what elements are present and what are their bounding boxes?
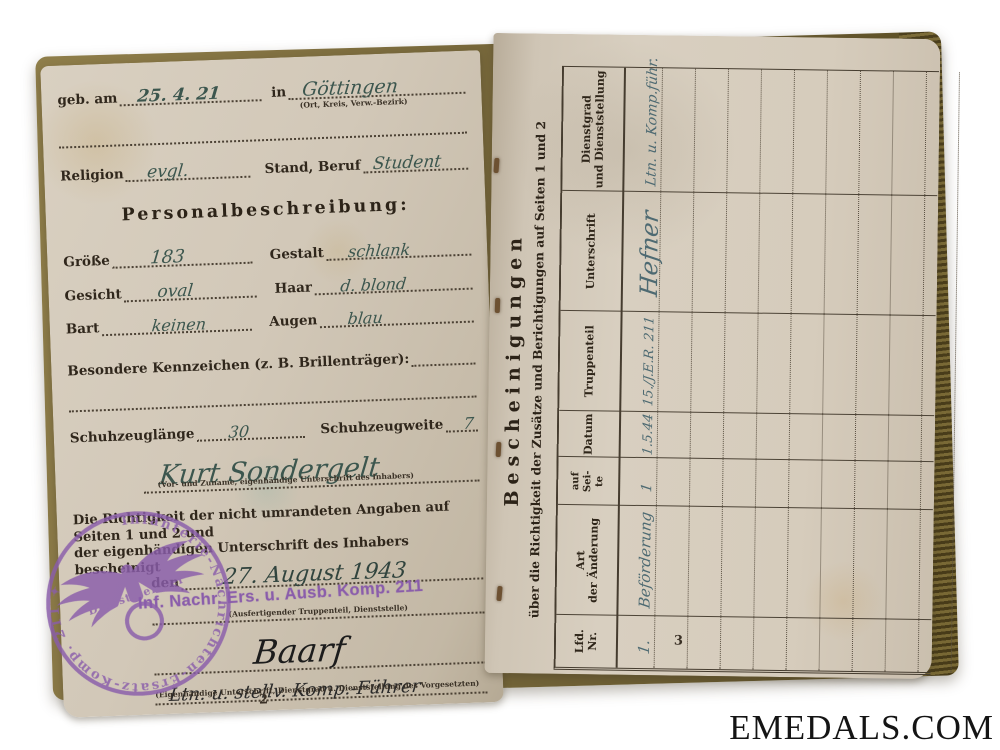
gestalt-field: schlank [325, 237, 471, 261]
emedals-watermark: EMEDALS.COM [729, 708, 994, 748]
right-page: Bescheinigungen über die Richtigkeit der… [485, 33, 941, 679]
column-header-unterschrift: Unterschrift [561, 191, 623, 312]
photo-background: geb. am 25. 4. 21 in Göttingen (Ort, Kre… [0, 0, 1000, 750]
haar-value: d. blond [339, 274, 407, 296]
gestalt-value: schlank [347, 240, 411, 261]
schuhzeuglaenge-field: 30 [196, 419, 305, 442]
augen-value: blau [346, 308, 383, 328]
kennzeichen-field [411, 346, 475, 367]
augen-field: blau [319, 304, 474, 329]
eagle-icon [50, 535, 215, 636]
kennzeichen-label: Besondere Kennzeichen (z. B. Brillenträg… [67, 351, 412, 380]
bart-value: keinen [150, 314, 206, 335]
schuhzeuglaenge-label: Schuhzeuglänge [70, 426, 197, 447]
bescheinigungen-title: Bescheinigungen [499, 69, 529, 669]
column-header-auf-seite: auf Sei- te [558, 457, 619, 506]
stand-beruf-field: Student [362, 151, 468, 174]
gesicht-field: oval [123, 279, 257, 303]
geb-am-value: 25. 4. 21 [136, 84, 221, 107]
column-header-truppenteil: Truppenteil [559, 311, 620, 412]
schuhzeuglaenge-value: 30 [227, 422, 249, 442]
left-page: geb. am 25. 4. 21 in Göttingen (Ort, Kre… [40, 50, 504, 718]
binding-stitch [493, 158, 499, 173]
entry-truppenteil: 15./J.E.R. 211 [641, 315, 657, 407]
column-header-art: Art der Änderung [556, 505, 618, 616]
haar-label: Haar [256, 279, 314, 297]
stand-beruf-value: Student [372, 152, 442, 175]
certification-table: Lfd. Nr. Art der Änderung auf Sei- te Da… [554, 66, 939, 675]
religion-value: evgl. [147, 161, 190, 183]
religion-label: Religion [60, 166, 126, 184]
schuhzeugweite-field: 7 [445, 413, 478, 433]
entry-datum: 1.5.44 [641, 413, 657, 456]
bart-field: keinen [101, 312, 252, 336]
schuhzeugweite-value: 7 [462, 414, 474, 433]
schuhzeugweite-label: Schuhzeugweite [304, 417, 446, 438]
entry-seite: 1 [639, 482, 655, 493]
haar-field: d. blond [314, 271, 473, 296]
geb-am-label: geb. am [57, 90, 119, 108]
kennzeichen-line2 [68, 379, 476, 413]
rotated-table-area: Bescheinigungen über die Richtigkeit der… [499, 69, 939, 675]
stamp-wreath-circle [122, 599, 166, 643]
groesse-field: 183 [111, 245, 252, 269]
groesse-value: 183 [149, 246, 186, 268]
in-label: in [261, 84, 289, 101]
bescheinigungen-subtitle: über die Richtigkeit der Zusätze und Ber… [526, 69, 549, 669]
bart-label: Bart [66, 320, 102, 337]
column-header-datum: Datum [559, 411, 620, 458]
personalbeschreibung-heading: Personalbeschreibung: [45, 192, 485, 228]
binding-stitch [496, 442, 502, 457]
column-header-dienstgrad: Dienstgrad und Dienststellung [562, 67, 624, 192]
birthplace-field: Göttingen [288, 75, 466, 100]
groesse-label: Größe [63, 253, 112, 271]
gesicht-label: Gesicht [64, 286, 124, 304]
stand-beruf-label: Stand, Beruf [250, 158, 363, 178]
continuation-line [59, 115, 467, 149]
augen-label: Augen [251, 312, 320, 330]
entry-dienstgrad: Ltn. u. Komp.führ. [643, 56, 661, 187]
geb-am-field: 25. 4. 21 [119, 82, 262, 106]
gestalt-label: Gestalt [251, 245, 326, 264]
table-rows: 1. Beförderung 1 1.5.44 15./J.E.R. 211 H… [618, 68, 939, 672]
religion-field: evgl. [125, 159, 251, 183]
binding-stitch [495, 298, 501, 313]
gesicht-value: oval [157, 281, 194, 302]
entry-art: Beförderung [635, 511, 654, 610]
